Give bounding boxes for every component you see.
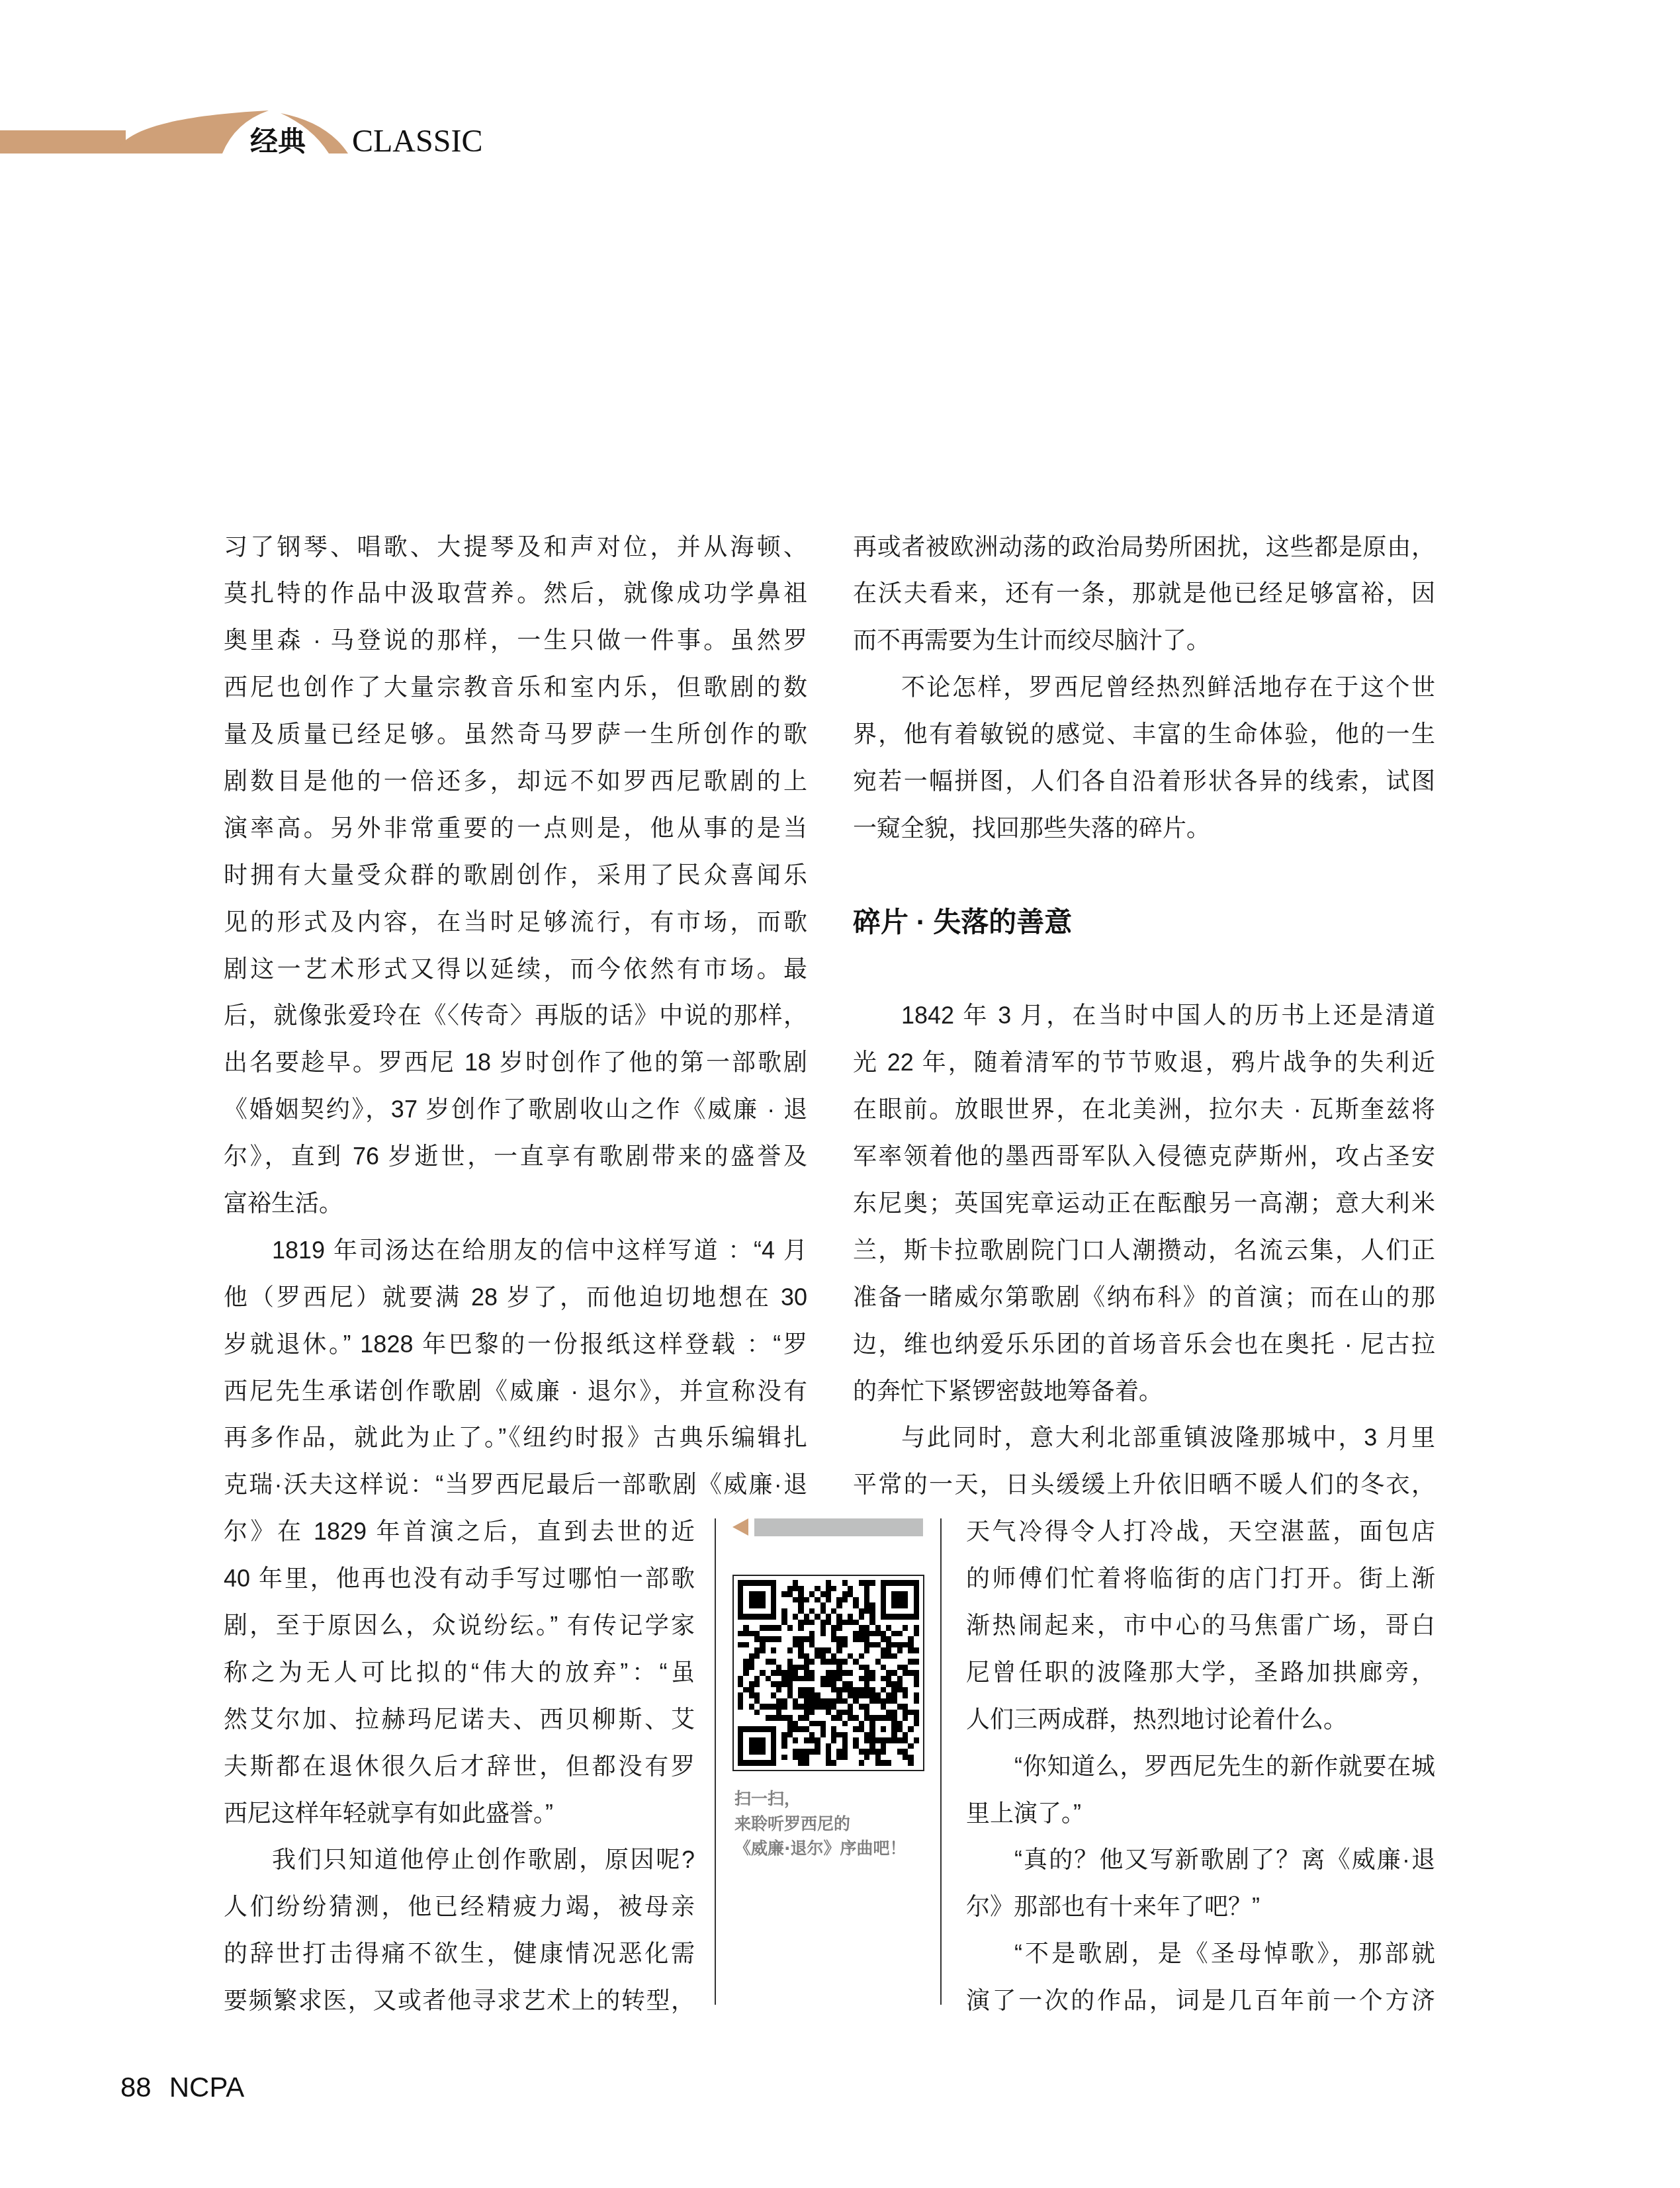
text-line: 人们三两成群，热烈地讨论着什么。 [966, 1696, 1435, 1743]
text-line: 岁就退休。” 1828 年巴黎的一份报纸这样登载 ：“罗 [224, 1321, 807, 1368]
text-line: 尼曾任职的波隆那大学，圣路加拱廊旁， [966, 1649, 1435, 1696]
text-line: 的师傅们忙着将临街的店门打开。街上渐 [966, 1555, 1435, 1602]
text-line: 里上演了。” [966, 1790, 1435, 1837]
text-line: 尔》那部也有十来年了吧？” [966, 1884, 1435, 1931]
text-line: 东尼奥；英国宪章运动正在酝酿另一高潮；意大利米 [853, 1180, 1435, 1227]
text-line: 剧数目是他的一倍还多，却远不如罗西尼歌剧的上 [224, 758, 807, 805]
text-line: 不论怎样，罗西尼曾经热烈鲜活地存在于这个世 [853, 664, 1435, 711]
spacer [853, 852, 1435, 899]
text-line: 宛若一幅拼图，人们各自沿着形状各异的线索，试图 [853, 758, 1435, 805]
text-line: “真的？他又写新歌剧了？离《威廉·退 [966, 1837, 1435, 1884]
text-line: 与此同时，意大利北部重镇波隆那城中，3 月里 [853, 1415, 1435, 1462]
text-line: 再多作品，就此为止了。”《纽约时报》古典乐编辑扎 [224, 1415, 807, 1462]
text-line: 西尼也创作了大量宗教音乐和室内乐，但歌剧的数 [224, 664, 807, 711]
caption-line: 来聆听罗西尼的 [734, 1812, 933, 1837]
text-line: 光 22 年，随着清军的节节败退，鸦片战争的失利近 [853, 1039, 1435, 1086]
text-line: 习了钢琴、唱歌、大提琴及和声对位，并从海顿、 [224, 524, 807, 571]
text-line: 40 年里，他再也没有动手写过哪怕一部歌 [224, 1555, 695, 1602]
text-line: 平常的一天，日头缓缓上升依旧晒不暖人们的冬衣， [853, 1462, 1435, 1509]
magazine-page: 经典 CLASSIC 习了钢琴、唱歌、大提琴及和声对位，并从海顿、 莫扎特的作品… [0, 0, 1680, 2188]
text-line: 渐热闹起来，市中心的马焦雷广场，哥白 [966, 1602, 1435, 1649]
sidebar-divider-right [940, 1518, 942, 2005]
caption-line: 扫一扫， [734, 1786, 933, 1812]
text-line: 奥里森 · 马登说的那样，一生只做一件事。虽然罗 [224, 617, 807, 664]
text-line: 人们纷纷猜测，他已经精疲力竭，被母亲 [224, 1884, 695, 1931]
text-line: 尔》在 1829 年首演之后，直到去世的近 [224, 1509, 695, 1555]
text-line: 他（罗西尼）就要满 28 岁了，而他迫切地想在 30 [224, 1274, 807, 1321]
page-footer: 88NCPA [120, 2074, 244, 2101]
pointer-triangle-icon [732, 1518, 748, 1536]
text-line: 的辞世打击得痛不欲生，健康情况恶化需 [224, 1931, 695, 1978]
text-line: 天气冷得令人打冷战，天空湛蓝，面包店 [966, 1509, 1435, 1555]
text-line: 量及质量已经足够。虽然奇马罗萨一生所创作的歌 [224, 711, 807, 758]
qr-code-icon [738, 1580, 919, 1766]
text-line: 而不再需要为生计而绞尽脑汁了。 [853, 617, 1435, 664]
section-label-en: CLASSIC [352, 126, 482, 157]
text-line: 一窥全貌，找回那些失落的碎片。 [853, 805, 1435, 852]
left-column: 习了钢琴、唱歌、大提琴及和声对位，并从海顿、 莫扎特的作品中汲取营养。然后，就像… [224, 524, 807, 2025]
text-line: 富裕生活。 [224, 1180, 807, 1227]
text-line: 演率高。另外非常重要的一点则是，他从事的是当 [224, 805, 807, 852]
text-line: 时拥有大量受众群的歌剧创作，采用了民众喜闻乐 [224, 852, 807, 899]
text-line: 我们只知道他停止创作歌剧，原因呢? [224, 1837, 695, 1884]
text-line: 剧，至于原因么，众说纷纭。” 有传记学家 [224, 1602, 695, 1649]
text-line: 军率领着他的墨西哥军队入侵德克萨斯州，攻占圣安 [853, 1133, 1435, 1180]
sidebar-header-bar [754, 1518, 923, 1536]
text-line: 夫斯都在退休很久后才辞世，但都没有罗 [224, 1743, 695, 1790]
text-line: 要频繁求医，又或者他寻求艺术上的转型， [224, 1978, 695, 2025]
spacer [853, 946, 1435, 993]
text-line: 再或者被欧洲动荡的政治局势所困扰，这些都是原由， [853, 524, 1435, 571]
section-label-cn: 经典 [250, 128, 306, 155]
text-line: 在眼前。放眼世界，在北美洲，拉尔夫 · 瓦斯奎兹将 [853, 1086, 1435, 1133]
text-line: 克瑞·沃夫这样说：“当罗西尼最后一部歌剧《威廉·退 [224, 1462, 807, 1509]
text-line: 后，就像张爱玲在《〈传奇〉再版的话》中说的那样， [224, 992, 807, 1039]
text-line: 剧这一艺术形式又得以延续，而今依然有市场。最 [224, 946, 807, 993]
text-line: “不是歌剧，是《圣母悼歌》，那部就 [966, 1931, 1435, 1978]
text-line: 准备一睹威尔第歌剧《纳布科》的首演；而在山的那 [853, 1274, 1435, 1321]
text-line: 兰，斯卡拉歌剧院门口人潮攒动，名流云集，人们正 [853, 1227, 1435, 1274]
text-line: 西尼这样年轻就享有如此盛誉。” [224, 1790, 695, 1837]
section-heading: 碎片 · 失落的善意 [853, 899, 1435, 946]
text-line: “你知道么，罗西尼先生的新作就要在城 [966, 1743, 1435, 1790]
publication-name: NCPA [169, 2072, 245, 2103]
text-line: 1842 年 3 月，在当时中国人的历书上还是清道 [853, 992, 1435, 1039]
qr-caption: 扫一扫， 来聆听罗西尼的 《威廉·退尔》序曲吧！ [734, 1786, 933, 1861]
text-line: 见的形式及内容，在当时足够流行，有市场，而歌 [224, 899, 807, 946]
qr-code-frame [732, 1575, 924, 1771]
text-line: 尔》，直到 76 岁逝世，一直享有歌剧带来的盛誉及 [224, 1133, 807, 1180]
caption-line: 《威廉·退尔》序曲吧！ [734, 1836, 933, 1861]
text-line: 出名要趁早。罗西尼 18 岁时创作了他的第一部歌剧 [224, 1039, 807, 1086]
text-line: 称之为无人可比拟的“伟大的放弃”：“虽 [224, 1649, 695, 1696]
sidebar-divider-left [715, 1518, 716, 2005]
text-line: 的奔忙下紧锣密鼓地筹备着。 [853, 1368, 1435, 1415]
text-line: 莫扎特的作品中汲取营养。然后，就像成功学鼻祖 [224, 570, 807, 617]
text-line: 1819 年司汤达在给朋友的信中这样写道 ：“4 月 [224, 1227, 807, 1274]
text-line: 界，他有着敏锐的感觉、丰富的生命体验，他的一生 [853, 711, 1435, 758]
text-line: 然艾尔加、拉赫玛尼诺夫、西贝柳斯、艾 [224, 1696, 695, 1743]
text-line: 演了一次的作品，词是几百年前一个方济 [966, 1978, 1435, 2025]
text-line: 在沃夫看来，还有一条，那就是他已经足够富裕，因 [853, 570, 1435, 617]
text-line: 西尼先生承诺创作歌剧《威廉 · 退尔》，并宣称没有 [224, 1368, 807, 1415]
text-line: 《婚姻契约》，37 岁创作了歌剧收山之作《威廉 · 退 [224, 1086, 807, 1133]
text-line: 边，维也纳爱乐乐团的首场音乐会也在奥托 · 尼古拉 [853, 1321, 1435, 1368]
page-number: 88 [120, 2072, 152, 2103]
